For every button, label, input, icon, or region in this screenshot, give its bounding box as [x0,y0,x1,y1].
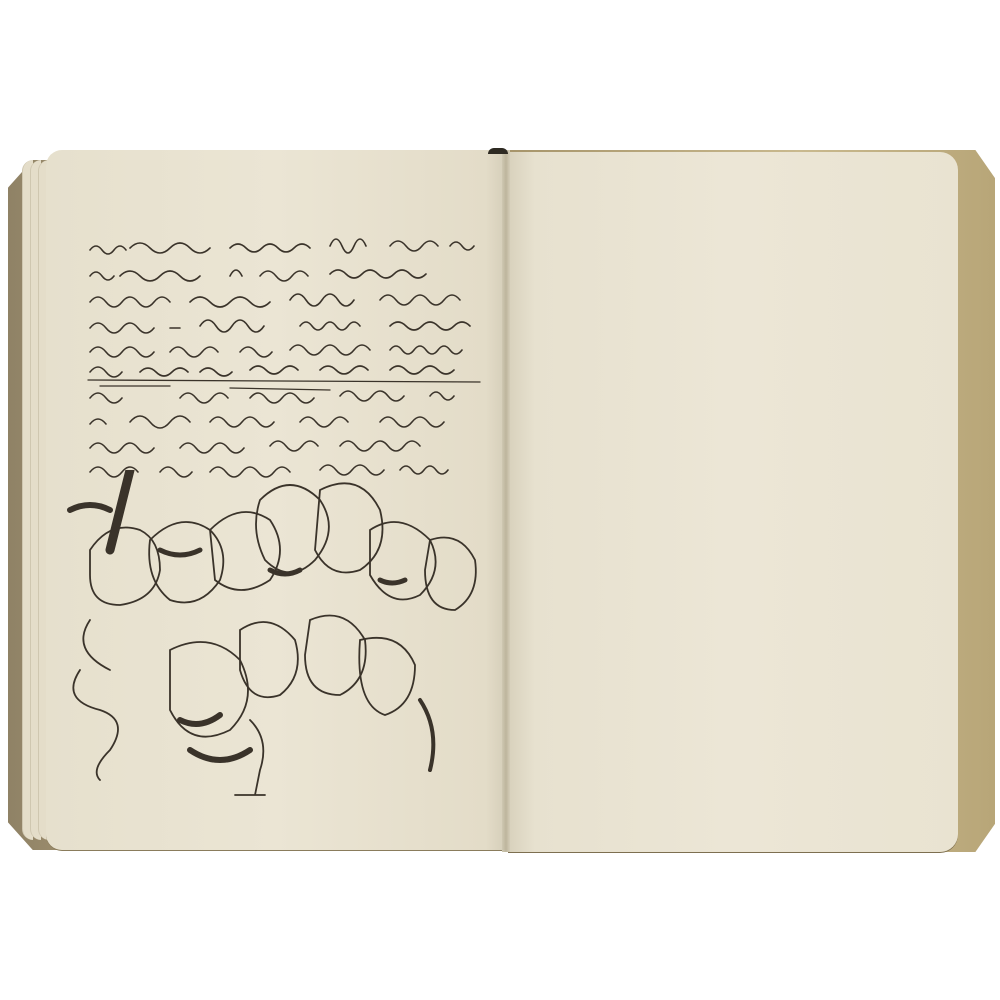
right-page-blank [508,152,958,852]
handwriting-strokes [80,190,500,490]
spine-gutter [502,150,510,852]
handwritten-manuscript [80,190,500,495]
ink-sketch-faces [60,470,500,800]
sketch-strokes [60,470,500,800]
notebook-photo [0,0,1000,1000]
elastic-band [488,148,508,154]
